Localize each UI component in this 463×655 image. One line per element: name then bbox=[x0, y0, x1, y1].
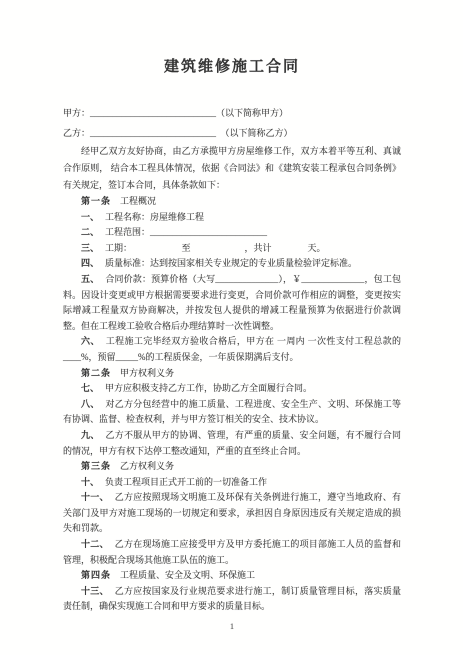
item-text: 工期： 至 ，共计 天。 bbox=[105, 243, 326, 253]
party-a-note: （以下简称甲方） bbox=[216, 108, 288, 118]
item-number: 十二、 bbox=[81, 539, 109, 549]
chapter-number: 第三条 bbox=[81, 461, 111, 471]
contract-body: 第一条工程概况一、工程名称：房屋维修工程二、工程范围：_____________… bbox=[63, 194, 401, 615]
item-number: 六、 bbox=[81, 336, 100, 346]
chapter-title: 甲方权利义务 bbox=[120, 368, 174, 378]
contract-item: 六、工程施工完毕经双方验收合格后，甲方在 一周内 一次性支付工程总款的____%… bbox=[63, 334, 401, 365]
chapter-heading: 第三条乙方权利义务 bbox=[63, 459, 401, 475]
item-text: 乙方不服从甲方的协调、管理，有严重的质量、安全问题，有不履行合同的情况，甲方有权… bbox=[63, 430, 401, 456]
item-number: 二、 bbox=[81, 227, 99, 237]
chapter-heading: 第二条甲方权利义务 bbox=[63, 366, 401, 382]
page-number: 1 bbox=[63, 622, 401, 631]
parties-block: 甲方：____________________________（以下简称甲方） … bbox=[63, 103, 401, 143]
item-text: 甲方应积极支持乙方工作，协助乙方全面履行合同。 bbox=[105, 383, 312, 393]
contract-item: 一、工程名称：房屋维修工程 bbox=[63, 210, 401, 226]
contract-item: 十二、乙方在现场施工应接受甲方及甲方委托施工的项目部施工人员的监督和管理，积极配… bbox=[63, 537, 401, 568]
item-number: 十一、 bbox=[81, 492, 109, 502]
party-b-blank: ____________________________ bbox=[90, 128, 216, 138]
item-text: 质量标准：达到按国家相关专业规定的专业质量检验评定标准。 bbox=[105, 258, 357, 268]
item-number: 一、 bbox=[81, 212, 99, 222]
contract-item: 九、乙方不服从甲方的协调、管理，有严重的质量、安全问题，有不履行合同的情况，甲方… bbox=[63, 428, 401, 459]
party-a-blank: ____________________________ bbox=[90, 108, 216, 118]
item-text: 合同价款：预算价格（大写______________），￥___________… bbox=[63, 274, 401, 331]
document-title: 建筑维修施工合同 bbox=[63, 58, 401, 76]
item-number: 七、 bbox=[81, 383, 99, 393]
item-number: 八、 bbox=[81, 399, 99, 409]
party-b-note: （以下简称乙方） bbox=[216, 128, 293, 138]
contract-item: 七、甲方应积极支持乙方工作，协助乙方全面履行合同。 bbox=[63, 381, 401, 397]
contract-item: 五、合同价款：预算价格（大写______________），￥_________… bbox=[63, 272, 401, 334]
item-number: 十三、 bbox=[81, 586, 109, 596]
item-number: 五、 bbox=[81, 274, 99, 284]
contract-item: 八、对乙方分包经营中的施工质量、工程进度、安全生产、文明、环保施工等有协调、监督… bbox=[63, 397, 401, 428]
party-a-label: 甲方： bbox=[63, 108, 90, 118]
item-text: 乙方应按国家及行业规范要求进行施工，制订质量管理目标，落实质量责任制，确保实现施… bbox=[63, 586, 401, 612]
chapter-number: 第二条 bbox=[81, 368, 111, 378]
item-text: 乙方应按照现场文明施工及环保有关条例进行施工，遵守当地政府、有关部门及甲方对施工… bbox=[63, 492, 401, 533]
contract-item: 二、工程范围：__________________________ bbox=[63, 225, 401, 241]
item-number: 九、 bbox=[81, 430, 99, 440]
chapter-number: 第四条 bbox=[81, 570, 111, 580]
item-text: 工程名称：房屋维修工程 bbox=[105, 212, 204, 222]
item-number: 三、 bbox=[81, 243, 99, 253]
item-number: 四、 bbox=[81, 258, 99, 268]
item-text: 乙方在现场施工应接受甲方及甲方委托施工的项目部施工人员的监督和管理，积极配合现场… bbox=[63, 539, 401, 565]
chapter-heading: 第四条工程质量、安全及文明、环保施工 bbox=[63, 568, 401, 584]
item-number: 十、 bbox=[81, 477, 99, 487]
preamble-paragraph: 经甲乙双方友好协商，由乙方承揽甲方房屋维修工作，双方本着平等互利、真诚合作原则，… bbox=[63, 143, 401, 194]
item-text: 工程施工完毕经双方验收合格后，甲方在 一周内 一次性支付工程总款的____%，预… bbox=[63, 336, 401, 362]
party-a-line: 甲方：____________________________（以下简称甲方） bbox=[63, 103, 401, 123]
item-text: 负责工程项目正式开工前的一切准备工作 bbox=[105, 477, 267, 487]
contract-item: 十三、乙方应按国家及行业规范要求进行施工，制订质量管理目标，落实质量责任制，确保… bbox=[63, 584, 401, 615]
item-text: 对乙方分包经营中的施工质量、工程进度、安全生产、文明、环保施工等有协调、监督、检… bbox=[63, 399, 401, 425]
contract-item: 三、工期： 至 ，共计 天。 bbox=[63, 241, 401, 257]
party-b-line: 乙方：____________________________ （以下简称乙方） bbox=[63, 123, 401, 143]
contract-item: 十、负责工程项目正式开工前的一切准备工作 bbox=[63, 475, 401, 491]
contract-item: 四、质量标准：达到按国家相关专业规定的专业质量检验评定标准。 bbox=[63, 256, 401, 272]
party-b-label: 乙方： bbox=[63, 128, 90, 138]
chapter-number: 第一条 bbox=[81, 196, 111, 206]
contract-page: 建筑维修施工合同 甲方：____________________________… bbox=[0, 0, 463, 655]
item-text: 工程范围：__________________________ bbox=[105, 227, 267, 237]
chapter-title: 工程质量、安全及文明、环保施工 bbox=[120, 570, 255, 580]
chapter-heading: 第一条工程概况 bbox=[63, 194, 401, 210]
chapter-title: 工程概况 bbox=[120, 196, 156, 206]
contract-item: 十一、乙方应按照现场文明施工及环保有关条例进行施工，遵守当地政府、有关部门及甲方… bbox=[63, 490, 401, 537]
chapter-title: 乙方权利义务 bbox=[120, 461, 174, 471]
